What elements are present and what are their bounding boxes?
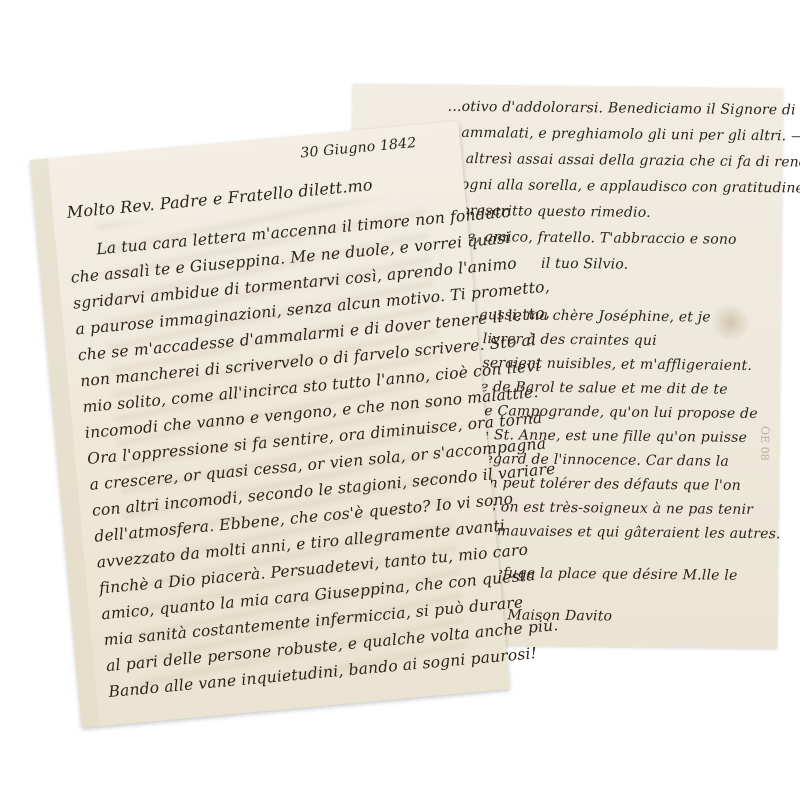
paper-stain: [708, 306, 752, 340]
paper-tab: [30, 158, 100, 727]
back-line: ...ogni alla sorella, e applaudisco con …: [447, 177, 800, 197]
signature: il tuo Silvio.: [541, 256, 628, 273]
letter-salutation: Molto Rev. Padre e Fratello dilett.mo: [66, 175, 373, 222]
back-line: ...otivo d'addolorarsi. Benediciamo il S…: [448, 99, 796, 119]
back-line: ... altresì assai assai della grazia che…: [447, 151, 800, 171]
back-line: ...ammalati, e preghiamolo gli uni per g…: [447, 125, 800, 145]
letter-page-front: 30 Giugno 1842 Molto Rev. Padre e Fratel…: [30, 121, 510, 728]
edge-mark: OE 08: [758, 426, 771, 461]
letter-date: 30 Giugno 1842: [300, 135, 417, 161]
